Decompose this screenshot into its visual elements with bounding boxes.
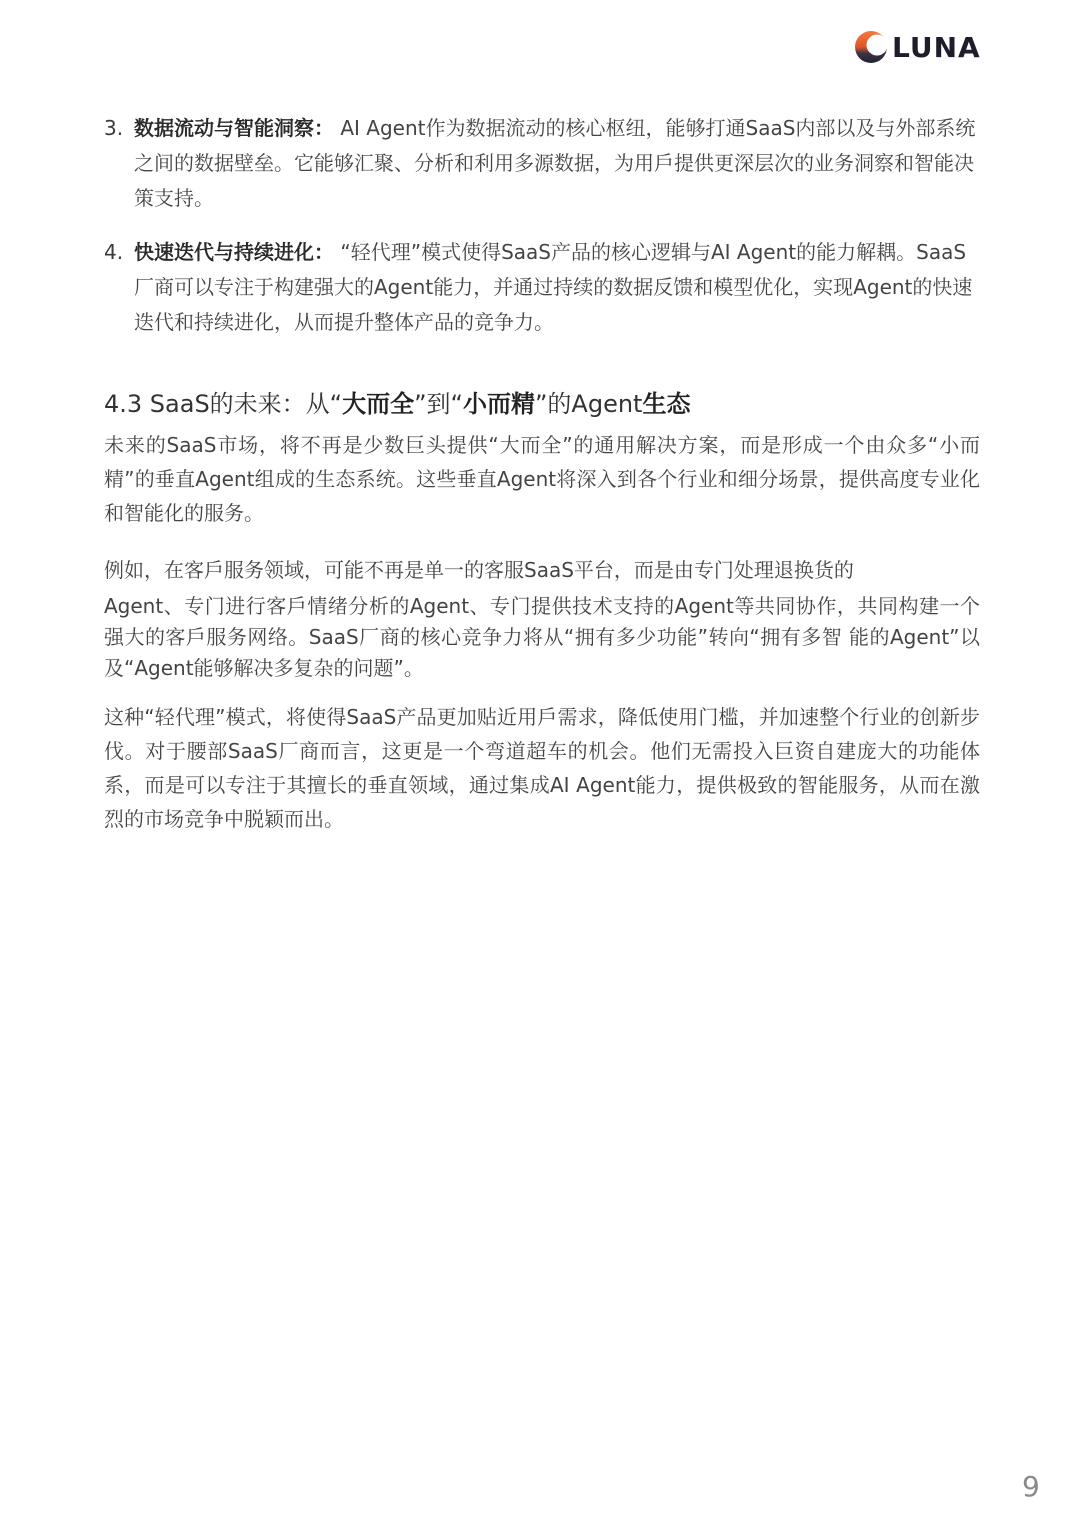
section-heading: 4.3 SaaS的未来：从“大而全”到“小而精”的Agent生态 bbox=[104, 384, 690, 419]
luna-logo: LUNA bbox=[854, 30, 981, 64]
paragraph-example-intro: 例如，在客戶服务领域，可能不再是单一的客服SaaS平台，而是由专门处理退换货的 bbox=[104, 553, 980, 587]
paragraph-light-agent: 这种“轻代理”模式，将使得SaaS产品更加贴近用戶需求，降低使用门槛，并加速整个… bbox=[104, 700, 980, 836]
logo-text: LUNA bbox=[892, 31, 981, 64]
list-item-data-flow: 3. 数据流动与智能洞察： AI Agent作为数据流动的核心枢纽，能够打通Sa… bbox=[134, 111, 980, 216]
heading-part: ”的Agent bbox=[535, 390, 642, 418]
luna-crescent-icon bbox=[854, 30, 888, 64]
paragraph-future: 未来的SaaS市场，将不再是少数巨头提供“大而全”的通用解决方案，而是形成一个由… bbox=[104, 428, 980, 530]
paragraph-example: Agent、专门进行客戶情绪分析的Agent、专门提供技术支持的Agent等共同… bbox=[104, 591, 980, 684]
heading-part: 4.3 SaaS的未来：从“ bbox=[104, 390, 342, 418]
heading-part: ”到“ bbox=[414, 390, 463, 418]
list-number: 4. bbox=[104, 235, 123, 270]
list-item-iteration: 4. 快速迭代与持续进化： “轻代理”模式使得SaaS产品的核心逻辑与AI Ag… bbox=[134, 235, 980, 340]
heading-bold: 生态 bbox=[642, 390, 690, 418]
page-number: 9 bbox=[1022, 1470, 1040, 1503]
list-item-label: 快速迭代与持续进化： bbox=[134, 240, 334, 264]
list-number: 3. bbox=[104, 111, 123, 146]
heading-bold: 大而全 bbox=[342, 390, 414, 418]
heading-bold: 小而精 bbox=[463, 390, 535, 418]
list-item-label: 数据流动与智能洞察： bbox=[134, 116, 334, 140]
